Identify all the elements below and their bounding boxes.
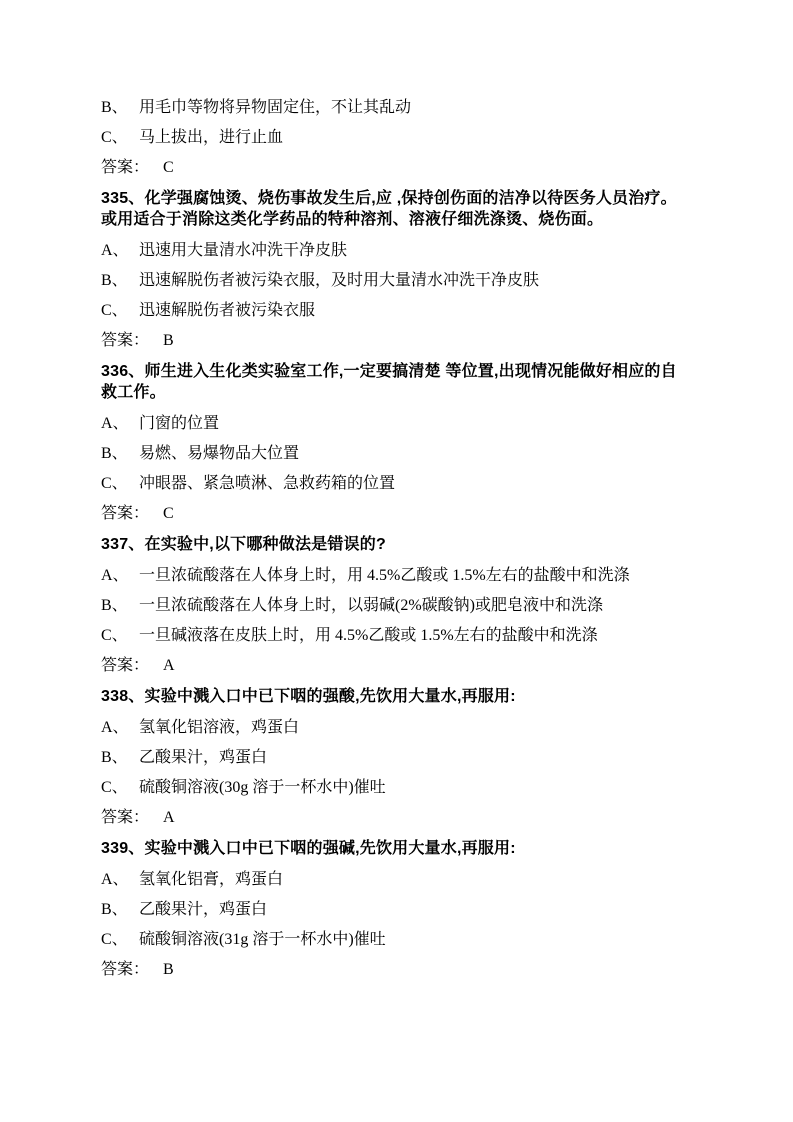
question-block-339: 339、实验中溅入口中已下咽的强碱,先饮用大量水,再服用: A、氢氧化铝膏，鸡蛋…	[101, 838, 687, 980]
option-text: 乙酸果汁，鸡蛋白	[139, 899, 687, 920]
option-letter: A、	[101, 413, 139, 434]
option-letter: C、	[101, 300, 139, 321]
question-number: 336、	[101, 363, 145, 380]
option-row: B、用毛巾等物将异物固定住，不让其乱动	[101, 97, 687, 118]
option-row: A、门窗的位置	[101, 413, 687, 434]
question-stem: 335、化学强腐蚀烫、烧伤事故发生后,应 ,保持创伤面的洁净以待医务人员治疗。或…	[101, 188, 687, 230]
option-letter: C、	[101, 777, 139, 798]
answer-row: 答案：B	[101, 330, 687, 351]
option-letter: C、	[101, 625, 139, 646]
option-letter: B、	[101, 97, 139, 118]
option-row: A、氢氧化铝溶液，鸡蛋白	[101, 717, 687, 738]
option-text: 易燃、易爆物品大位置	[139, 443, 687, 464]
option-text: 迅速用大量清水冲洗干净皮肤	[139, 240, 687, 261]
option-letter: B、	[101, 270, 139, 291]
option-text: 氢氧化铝膏，鸡蛋白	[139, 869, 687, 890]
option-row: C、迅速解脱伤者被污染衣服	[101, 300, 687, 321]
option-letter: C、	[101, 127, 139, 148]
answer-row: 答案：A	[101, 807, 687, 828]
answer-value: B	[163, 959, 174, 980]
option-row: B、一旦浓硫酸落在人体身上时，以弱碱(2%碳酸钠)或肥皂液中和洗涤	[101, 595, 687, 616]
option-text: 冲眼器、紧急喷淋、急救药箱的位置	[139, 473, 687, 494]
option-text: 硫酸铜溶液(30g 溶于一杯水中)催吐	[139, 777, 687, 798]
question-block-335: 335、化学强腐蚀烫、烧伤事故发生后,应 ,保持创伤面的洁净以待医务人员治疗。或…	[101, 188, 687, 351]
option-text: 迅速解脱伤者被污染衣服	[139, 300, 687, 321]
question-stem-text: 实验中溅入口中已下咽的强酸,先饮用大量水,再服用:	[145, 688, 516, 705]
question-stem: 337、在实验中,以下哪种做法是错误的?	[101, 534, 687, 555]
option-letter: B、	[101, 595, 139, 616]
answer-row: 答案：B	[101, 959, 687, 980]
answer-label: 答案：	[101, 503, 149, 524]
question-stem: 336、师生进入生化类实验室工作,一定要搞清楚 等位置,出现情况能做好相应的自救…	[101, 361, 687, 403]
question-number: 335、	[101, 190, 145, 207]
option-row: B、乙酸果汁，鸡蛋白	[101, 747, 687, 768]
question-stem-text: 在实验中,以下哪种做法是错误的?	[145, 536, 386, 553]
document-page: B、用毛巾等物将异物固定住，不让其乱动 C、马上拔出，进行止血 答案：C 335…	[0, 0, 793, 1122]
answer-label: 答案：	[101, 807, 149, 828]
option-text: 一旦浓硫酸落在人体身上时，用 4.5%乙酸或 1.5%左右的盐酸中和洗涤	[139, 565, 687, 586]
option-text: 一旦浓硫酸落在人体身上时，以弱碱(2%碳酸钠)或肥皂液中和洗涤	[139, 595, 687, 616]
answer-value: C	[163, 503, 174, 524]
question-block-336: 336、师生进入生化类实验室工作,一定要搞清楚 等位置,出现情况能做好相应的自救…	[101, 361, 687, 524]
option-text: 硫酸铜溶液(31g 溶于一杯水中)催吐	[139, 929, 687, 950]
option-letter: A、	[101, 565, 139, 586]
option-row: B、乙酸果汁，鸡蛋白	[101, 899, 687, 920]
option-text: 迅速解脱伤者被污染衣服，及时用大量清水冲洗干净皮肤	[139, 270, 687, 291]
answer-value: A	[163, 655, 175, 676]
option-text: 一旦碱液落在皮肤上时，用 4.5%乙酸或 1.5%左右的盐酸中和洗涤	[139, 625, 687, 646]
option-letter: A、	[101, 240, 139, 261]
question-stem-text: 实验中溅入口中已下咽的强碱,先饮用大量水,再服用:	[145, 840, 516, 857]
question-stem: 338、实验中溅入口中已下咽的强酸,先饮用大量水,再服用:	[101, 686, 687, 707]
option-row: C、冲眼器、紧急喷淋、急救药箱的位置	[101, 473, 687, 494]
option-row: C、一旦碱液落在皮肤上时，用 4.5%乙酸或 1.5%左右的盐酸中和洗涤	[101, 625, 687, 646]
option-row: C、硫酸铜溶液(31g 溶于一杯水中)催吐	[101, 929, 687, 950]
answer-label: 答案：	[101, 157, 149, 178]
option-letter: B、	[101, 899, 139, 920]
answer-label: 答案：	[101, 959, 149, 980]
option-row: B、迅速解脱伤者被污染衣服，及时用大量清水冲洗干净皮肤	[101, 270, 687, 291]
answer-label: 答案：	[101, 330, 149, 351]
answer-row: 答案：A	[101, 655, 687, 676]
option-text: 用毛巾等物将异物固定住，不让其乱动	[139, 97, 687, 118]
option-letter: C、	[101, 473, 139, 494]
option-row: A、迅速用大量清水冲洗干净皮肤	[101, 240, 687, 261]
answer-row: 答案：C	[101, 503, 687, 524]
answer-value: A	[163, 807, 175, 828]
option-letter: B、	[101, 747, 139, 768]
question-block-338: 338、实验中溅入口中已下咽的强酸,先饮用大量水,再服用: A、氢氧化铝溶液，鸡…	[101, 686, 687, 828]
option-letter: A、	[101, 717, 139, 738]
answer-value: B	[163, 330, 174, 351]
option-row: C、硫酸铜溶液(30g 溶于一杯水中)催吐	[101, 777, 687, 798]
option-row: A、氢氧化铝膏，鸡蛋白	[101, 869, 687, 890]
answer-row: 答案：C	[101, 157, 687, 178]
option-letter: A、	[101, 869, 139, 890]
option-row: A、一旦浓硫酸落在人体身上时，用 4.5%乙酸或 1.5%左右的盐酸中和洗涤	[101, 565, 687, 586]
option-text: 乙酸果汁，鸡蛋白	[139, 747, 687, 768]
document-content: B、用毛巾等物将异物固定住，不让其乱动 C、马上拔出，进行止血 答案：C 335…	[101, 97, 687, 989]
question-number: 339、	[101, 840, 145, 857]
question-fragment: B、用毛巾等物将异物固定住，不让其乱动 C、马上拔出，进行止血 答案：C	[101, 97, 687, 178]
option-letter: B、	[101, 443, 139, 464]
question-stem-text: 化学强腐蚀烫、烧伤事故发生后,应 ,保持创伤面的洁净以待医务人员治疗。或用适合于…	[101, 190, 677, 228]
option-row: C、马上拔出，进行止血	[101, 127, 687, 148]
question-stem-text: 师生进入生化类实验室工作,一定要搞清楚 等位置,出现情况能做好相应的自救工作。	[101, 363, 677, 401]
answer-label: 答案：	[101, 655, 149, 676]
option-letter: C、	[101, 929, 139, 950]
question-stem: 339、实验中溅入口中已下咽的强碱,先饮用大量水,再服用:	[101, 838, 687, 859]
question-block-337: 337、在实验中,以下哪种做法是错误的? A、一旦浓硫酸落在人体身上时，用 4.…	[101, 534, 687, 676]
option-text: 氢氧化铝溶液，鸡蛋白	[139, 717, 687, 738]
question-number: 338、	[101, 688, 145, 705]
option-text: 马上拔出，进行止血	[139, 127, 687, 148]
option-row: B、易燃、易爆物品大位置	[101, 443, 687, 464]
question-number: 337、	[101, 536, 145, 553]
answer-value: C	[163, 157, 174, 178]
option-text: 门窗的位置	[139, 413, 687, 434]
